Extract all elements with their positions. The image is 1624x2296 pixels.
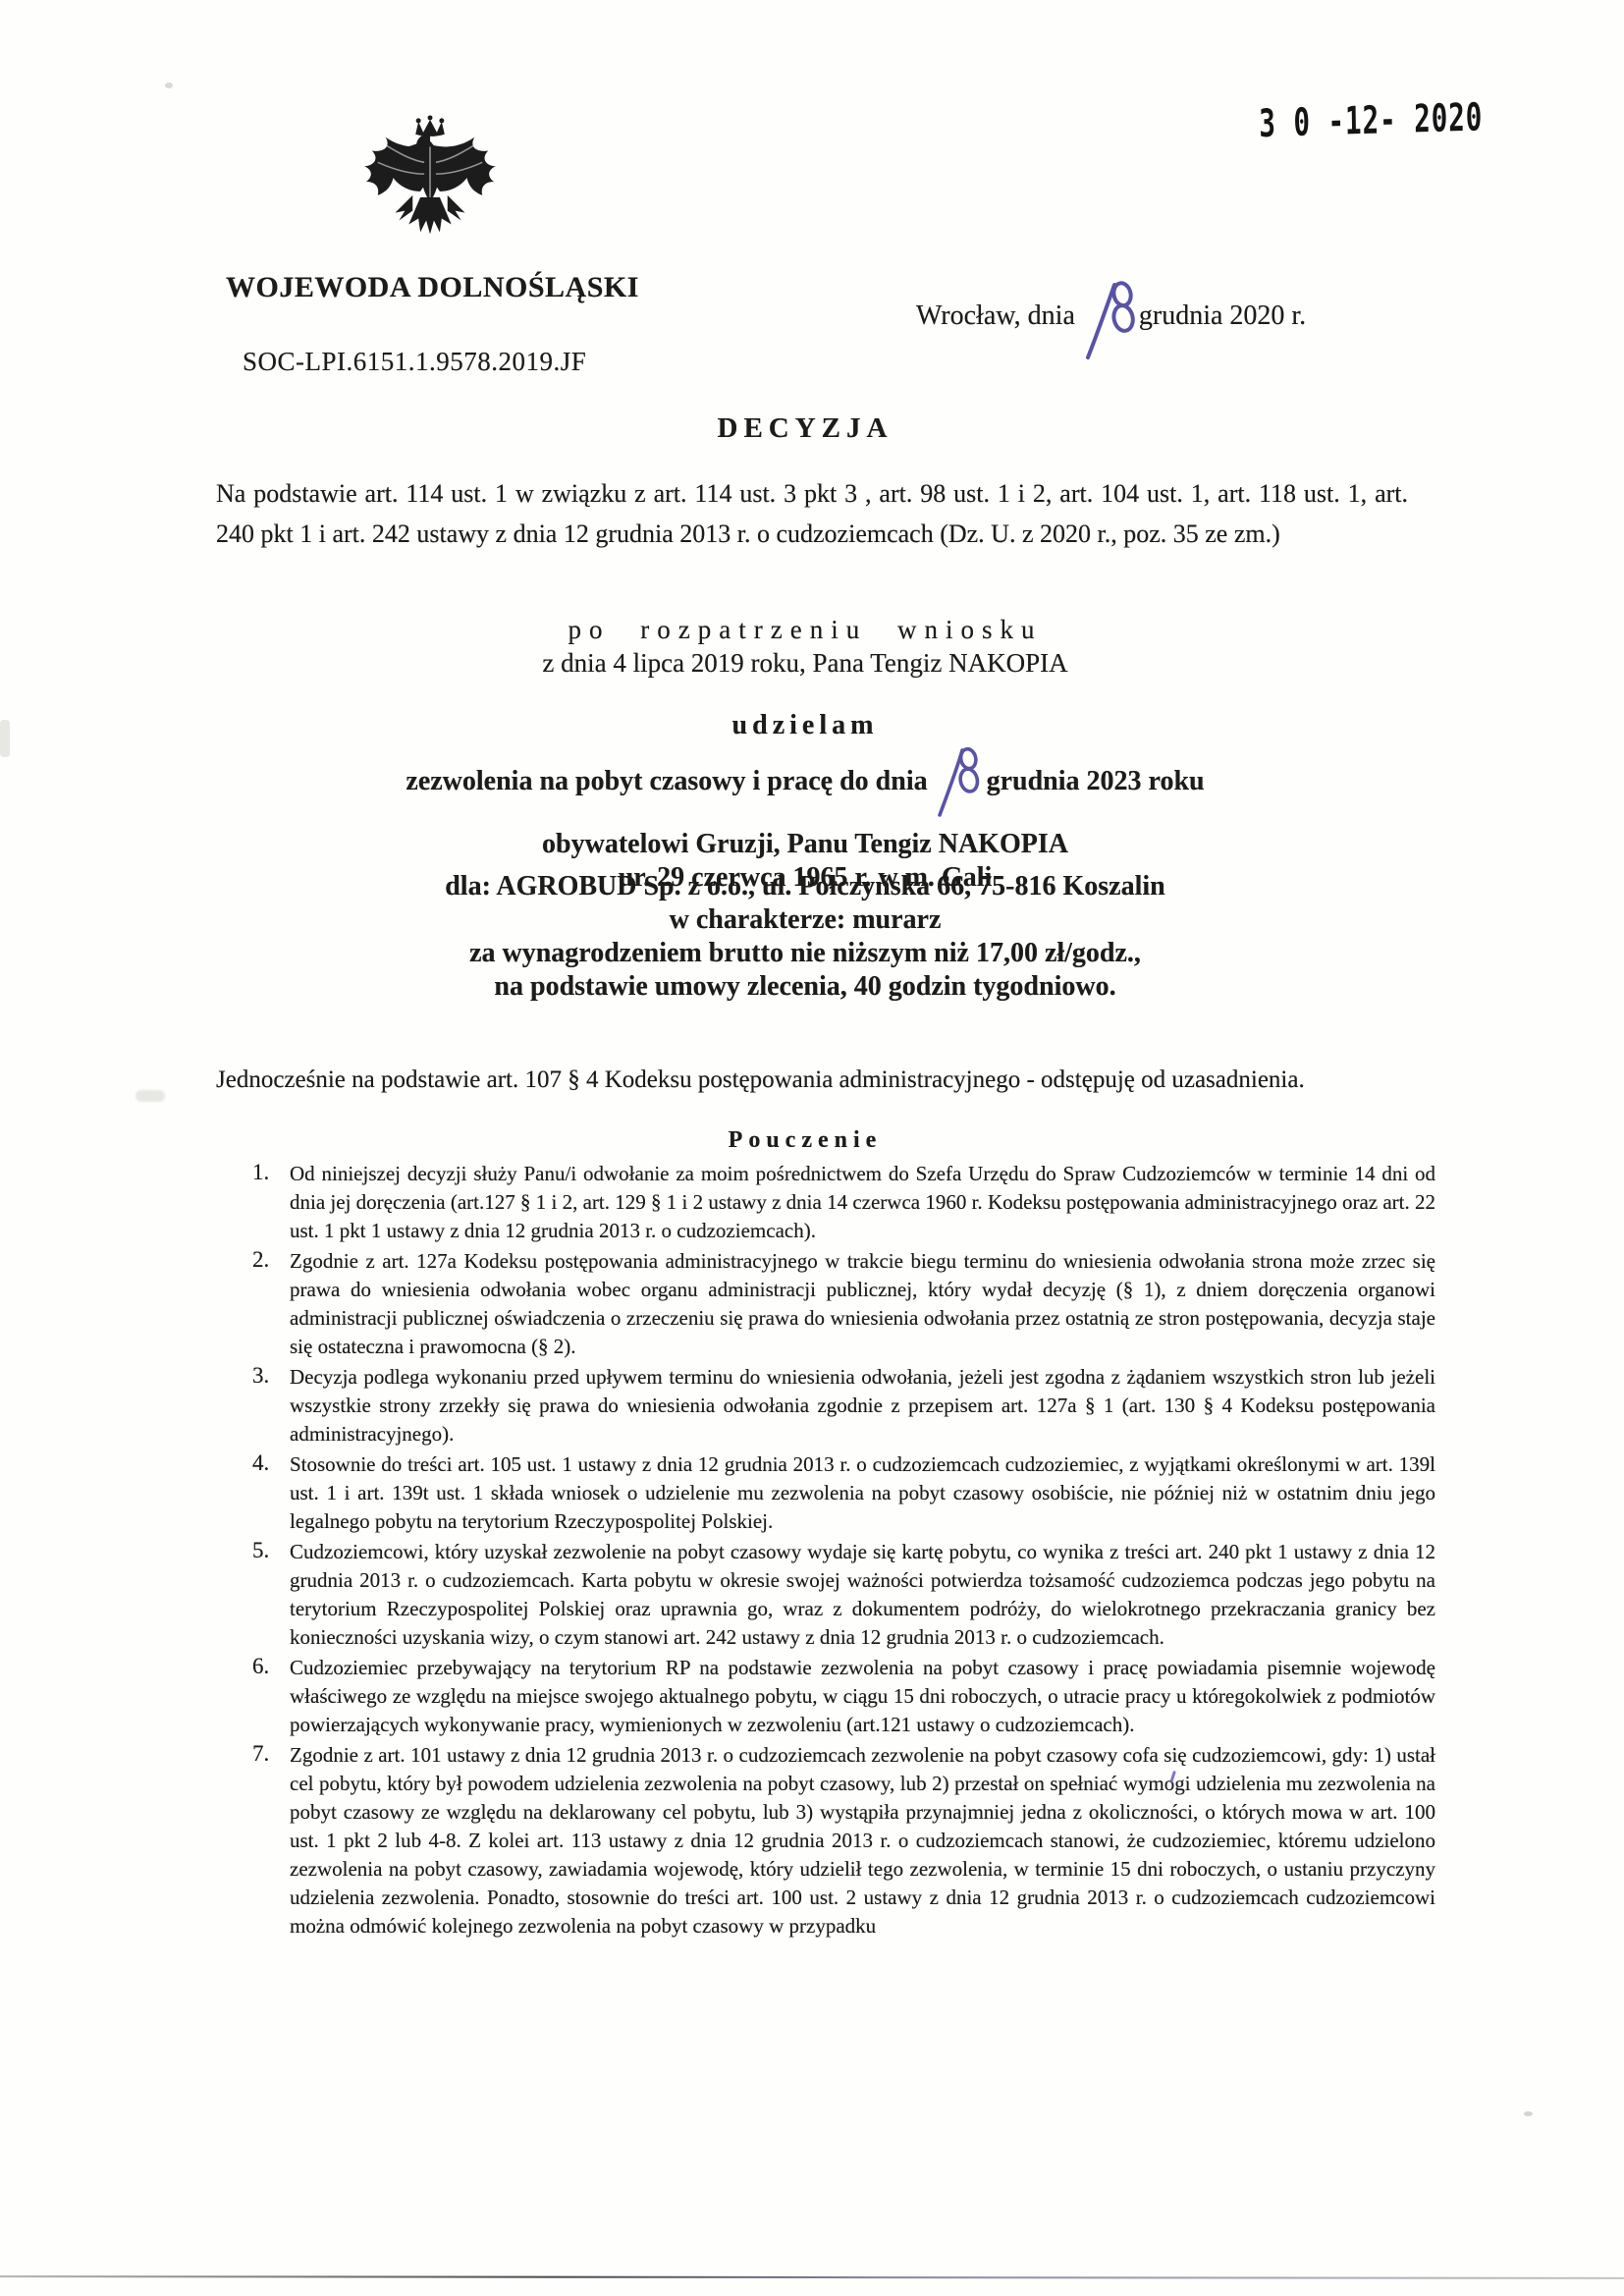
instruction-number: 7. [252, 1739, 269, 1768]
grant-heading: udzielam [0, 709, 1610, 742]
grant-line-1: zezwolenia na pobyt czasowy i pracę do d… [0, 742, 1610, 828]
scan-artifact-bottom-line [0, 2275, 1624, 2279]
instruction-text: Cudzoziemiec przebywający na terytorium … [290, 1656, 1435, 1736]
instruction-number: 1. [252, 1158, 269, 1186]
consideration-block: po rozpatrzeniu wniosku z dnia 4 lipca 2… [0, 613, 1610, 680]
place-date-suffix: grudnia 2020 r. [1139, 301, 1306, 331]
received-date-stamp: 3 0 -12- 2020 [1259, 95, 1484, 146]
polish-eagle-emblem-icon [352, 112, 509, 262]
instruction-item: 4. Stosownie do treści art. 105 ust. 1 u… [252, 1450, 1435, 1536]
instruction-item: 3. Decyzja podlega wykonaniu przed upływ… [252, 1363, 1435, 1449]
wage-line: za wynagrodzeniem brutto nie niższym niż… [0, 937, 1610, 970]
instruction-item: 6. Cudzoziemiec przebywający na terytori… [252, 1654, 1435, 1739]
position-line: w charakterze: murarz [0, 903, 1610, 937]
place-and-date-line: Wrocław, dnia grudnia 2020 r. [916, 275, 1306, 369]
instruction-item: 7. Zgodnie z art. 101 ustawy z dnia 12 g… [252, 1741, 1435, 1941]
handwritten-day-icon [1081, 275, 1138, 369]
document-title: DECYZJA [0, 412, 1610, 445]
issuer-name: WOJEWODA DOLNOŚLĄSKI [226, 271, 639, 304]
instruction-text: Cudzoziemcowi, który uzyskał zezwolenie … [290, 1540, 1435, 1649]
instructions-heading: Pouczenie [0, 1127, 1610, 1154]
handwritten-day-icon [933, 742, 982, 828]
grant-line1-prefix: zezwolenia na pobyt czasowy i pracę do d… [406, 766, 927, 796]
instruction-number: 6. [252, 1652, 269, 1680]
scan-dot-bottom-right [1524, 2111, 1533, 2116]
grant-line-2: obywatelowi Gruzji, Panu Tengiz NAKOPIA [0, 828, 1610, 861]
instruction-number: 4. [252, 1449, 269, 1477]
instructions-list: 1. Od niniejszej decyzji służy Panu/i od… [252, 1160, 1435, 1942]
legal-basis-paragraph: Na podstawie art. 114 ust. 1 w związku z… [216, 473, 1408, 554]
instruction-item: 1. Od niniejszej decyzji służy Panu/i od… [252, 1160, 1435, 1245]
instruction-item: 5. Cudzoziemcowi, który uzyskał zezwolen… [252, 1538, 1435, 1652]
instruction-text: Zgodnie z art. 127a Kodeksu postępowania… [290, 1249, 1435, 1358]
instruction-number: 2. [252, 1245, 269, 1274]
consideration-heading: po rozpatrzeniu wniosku [0, 613, 1610, 646]
case-number: SOC-LPI.6151.1.9578.2019.JF [243, 347, 586, 377]
instruction-text: Decyzja podlega wykonaniu przed upływem … [290, 1365, 1435, 1446]
justification-waiver: Jednocześnie na podstawie art. 107 § 4 K… [216, 1066, 1305, 1094]
scan-smudge-margin [135, 1090, 165, 1102]
instruction-number: 5. [252, 1536, 269, 1564]
contract-line: na podstawie umowy zlecenia, 40 godzin t… [0, 970, 1610, 1004]
instruction-text: Stosownie do treści art. 105 ust. 1 usta… [290, 1452, 1435, 1533]
instruction-item: 2. Zgodnie z art. 127a Kodeksu postępowa… [252, 1247, 1435, 1361]
instruction-text: Zgodnie z art. 101 ustawy z dnia 12 grud… [290, 1743, 1435, 1938]
grant-block: udzielam zezwolenia na pobyt czasowy i p… [0, 709, 1610, 895]
place-date-prefix: Wrocław, dnia [916, 301, 1075, 331]
scan-speck-top-left [165, 82, 173, 88]
grant-line1-suffix: grudnia 2023 roku [987, 766, 1205, 796]
consideration-line: z dnia 4 lipca 2019 roku, Pana Tengiz NA… [0, 646, 1610, 680]
instruction-text: Od niniejszej decyzji służy Panu/i odwoł… [290, 1162, 1435, 1242]
employer-line: dla: AGROBUD Sp. z o.o., ul. Połczyńska … [0, 870, 1610, 903]
instruction-number: 3. [252, 1361, 269, 1390]
decision-document-page: 3 0 -12- 2020 WOJEWO [0, 0, 1624, 2296]
employment-block: dla: AGROBUD Sp. z o.o., ul. Połczyńska … [0, 870, 1610, 1004]
